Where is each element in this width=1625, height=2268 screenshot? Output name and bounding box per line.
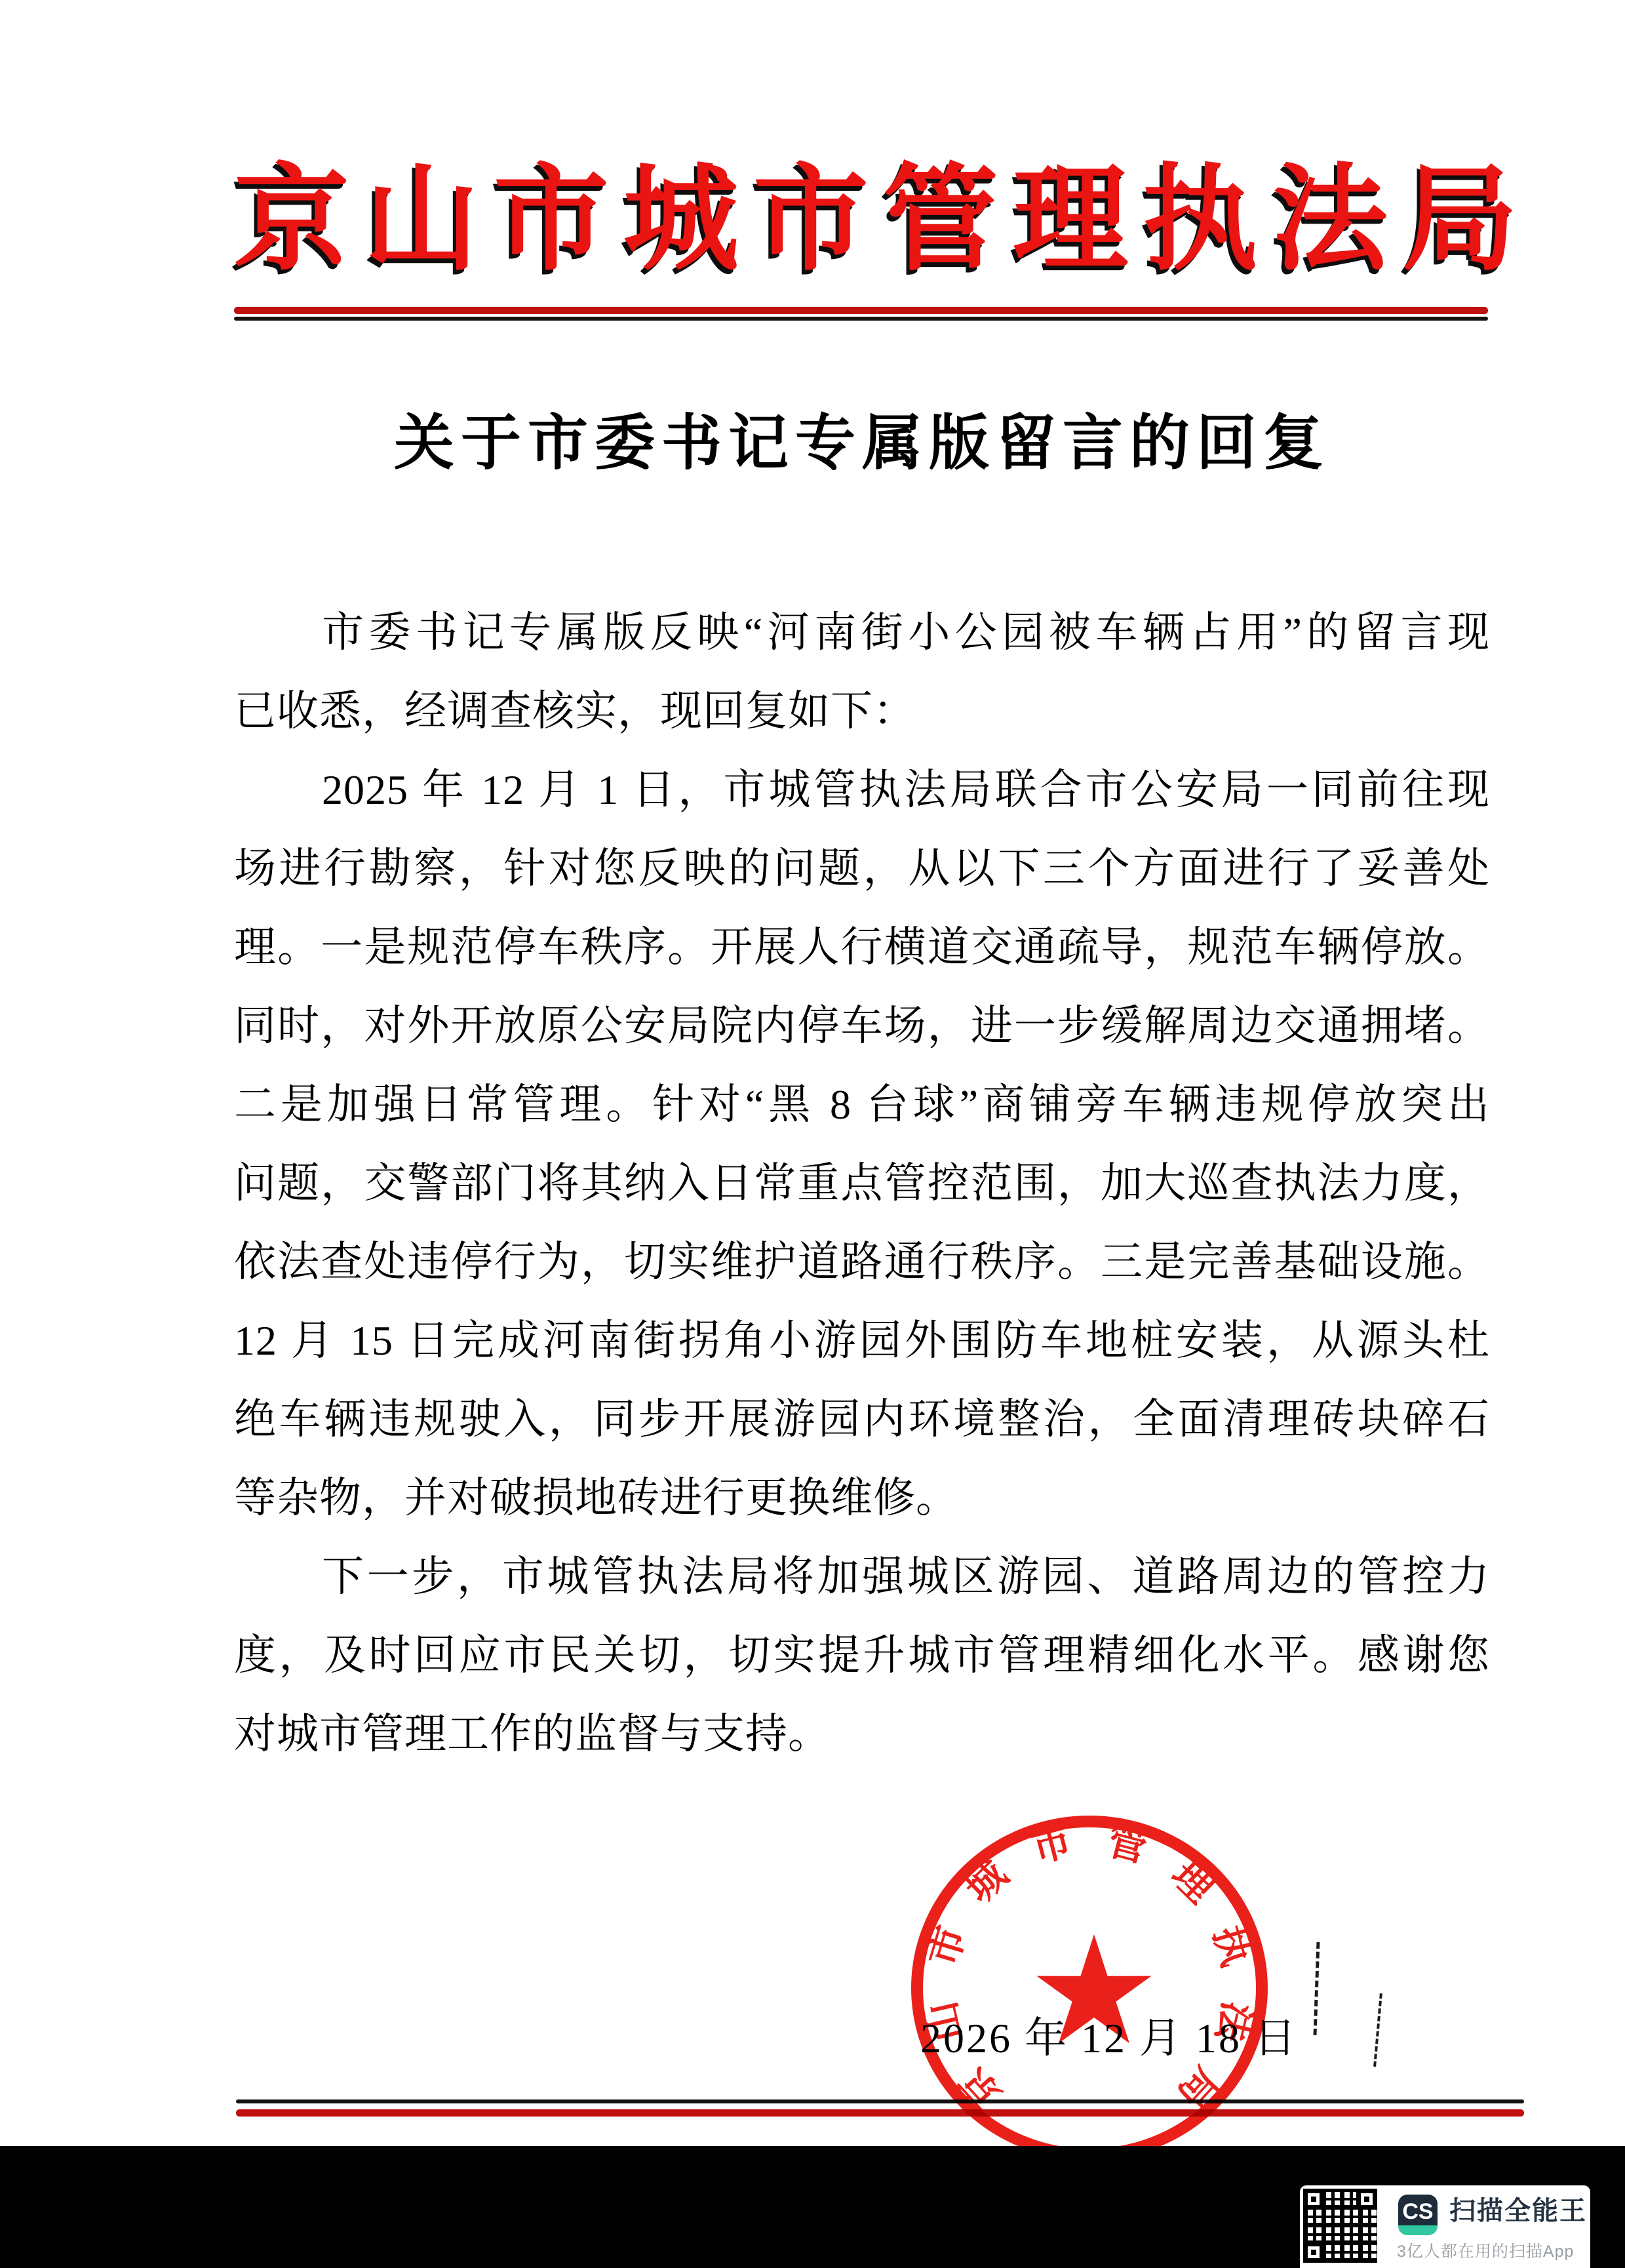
body-line: 度，及时回应市民关切，切实提升城市管理精细化水平。感谢您 — [234, 1616, 1490, 1695]
camscanner-watermark: CS 扫描全能王 3亿人都在用的扫描App — [1300, 2185, 1590, 2268]
body-line: 场进行勘察，针对您反映的问题，从以下三个方面进行了妥善处 — [234, 829, 1490, 908]
letterhead-rule-black — [234, 317, 1488, 321]
camscanner-tagline: 3亿人都在用的扫描App — [1397, 2242, 1587, 2261]
body-line: 对城市管理工作的监督与支持。 — [234, 1695, 1490, 1774]
body-line: 12 月 15 日完成河南街拐角小游园外围防车地桩安装，从源头杜 — [234, 1302, 1490, 1380]
scanned-document-page: 京山市城市管理执法局 关于市委书记专属版留言的回复 市委书记专属版反映“河南街小… — [0, 0, 1625, 2268]
footer-rule-black — [236, 2099, 1524, 2103]
camscanner-app-name: 扫描全能王 — [1449, 2196, 1587, 2226]
body-line: 绝车辆违规驶入，同步开展游园内环境整治，全面清理砖块碎石 — [234, 1380, 1490, 1459]
body-line: 同时，对外开放原公安局院内停车场，进一步缓解周边交通拥堵。 — [234, 987, 1490, 1065]
agency-letterhead: 京山市城市管理执法局 — [234, 152, 1490, 290]
letterhead-rule-red — [234, 307, 1488, 314]
qr-finder-icon — [1356, 2189, 1377, 2210]
camscanner-logo-icon: CS — [1398, 2195, 1438, 2235]
body-line: 等杂物，并对破损地砖进行更换维修。 — [234, 1459, 1490, 1538]
official-seal-stamp: 京山市城市管理执法局 — [905, 1803, 1285, 2183]
qr-code — [1303, 2189, 1377, 2263]
body-line: 依法查处违停行为，切实维护道路通行秩序。三是完善基础设施。 — [234, 1223, 1490, 1302]
scan-artifact-dashes — [1373, 1993, 1382, 2067]
body-line: 已收悉，经调查核实，现回复如下： — [234, 672, 1490, 751]
body-line: 2025 年 12 月 1 日，市城管执法局联合市公安局一同前往现 — [234, 751, 1490, 829]
seal-star-icon — [1037, 1934, 1152, 2043]
body-line: 理。一是规范停车秩序。开展人行横道交通疏导，规范车辆停放。 — [234, 908, 1490, 987]
footer-rule-red — [236, 2109, 1524, 2117]
qr-finder-icon — [1303, 2242, 1324, 2263]
body-line: 市委书记专属版反映“河南街小公园被车辆占用”的留言现 — [234, 593, 1490, 672]
document-title: 关于市委书记专属版留言的回复 — [234, 407, 1490, 480]
body-line: 问题，交警部门将其纳入日常重点管控范围，加大巡查执法力度， — [234, 1144, 1490, 1223]
body-line: 二是加强日常管理。针对“黑 8 台球”商铺旁车辆违规停放突出 — [234, 1065, 1490, 1144]
qr-finder-icon — [1303, 2189, 1324, 2210]
scan-artifact-dashes — [1314, 1942, 1320, 2035]
body-line: 下一步，市城管执法局将加强城区游园、道路周边的管控力 — [234, 1538, 1490, 1616]
